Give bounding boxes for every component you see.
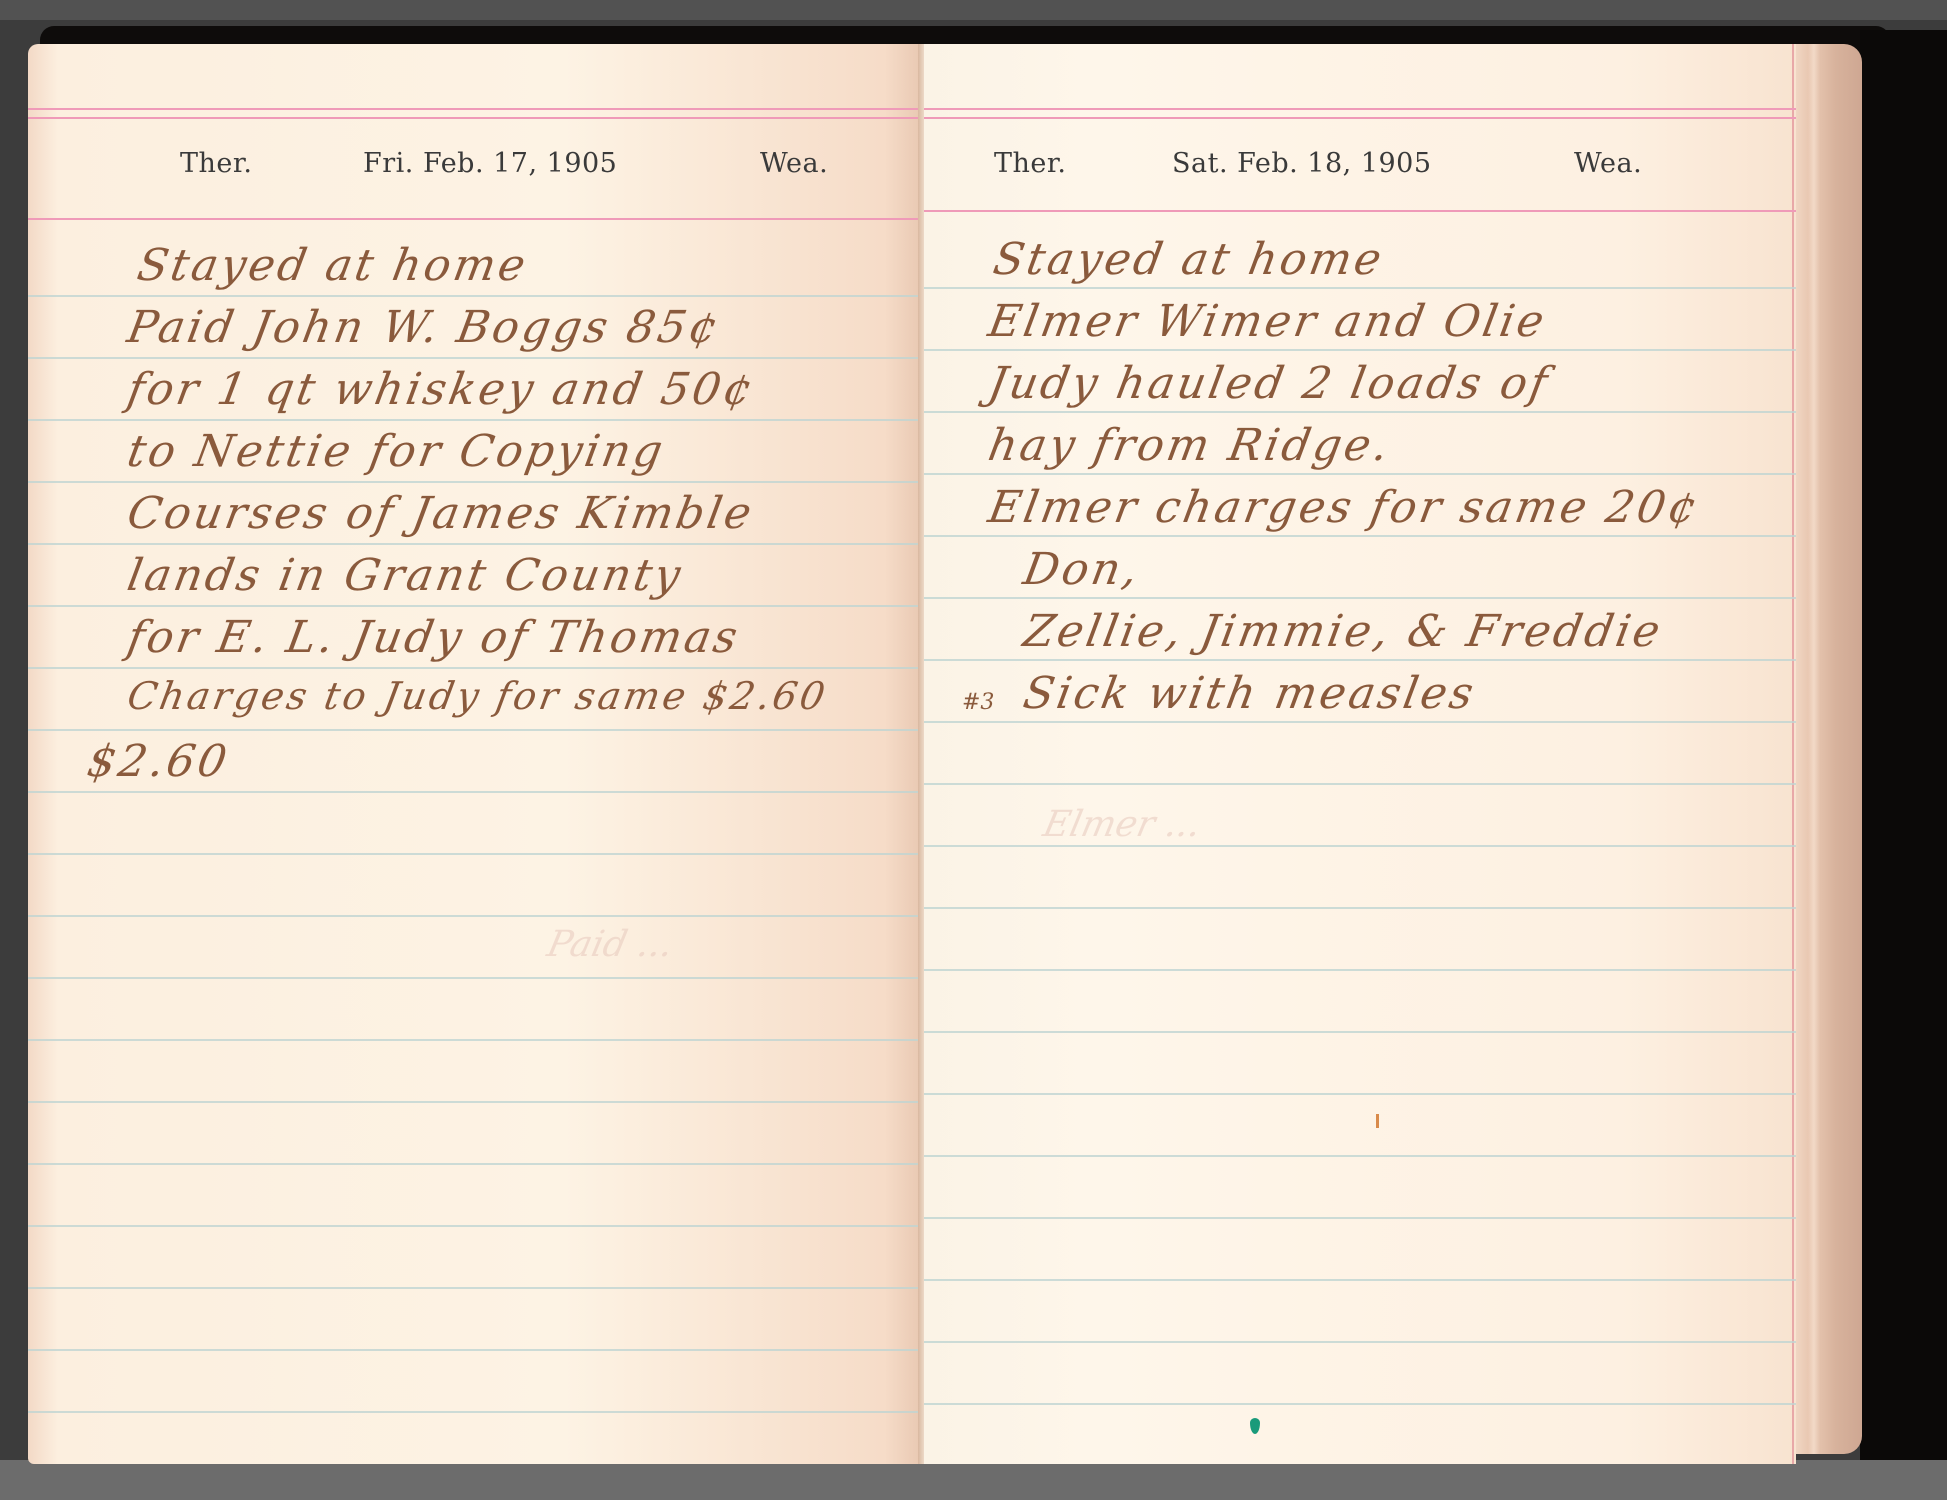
ruled-line [28,481,920,483]
ruled-line [28,605,920,607]
ruled-line [924,659,1796,661]
header-rule-top [924,108,1796,110]
handwritten-line-4: hay from Ridge. [985,420,1395,471]
ruled-line [924,473,1796,475]
handwritten-line-7: Zellie, Jimmie, & Freddie [1020,606,1667,657]
ruled-line [924,783,1796,785]
diary-page-left: Ther. Fri. Feb. 17, 1905 Wea. Paid ... S… [28,44,920,1464]
handwritten-line-6: Don, [1020,544,1145,595]
header-rule-top [28,108,920,110]
ruled-line [924,1217,1796,1219]
bleed-through-text: Paid ... [544,924,677,965]
ruled-line [28,543,920,545]
ruled-line [28,295,920,297]
ruled-line [28,1039,920,1041]
page-stack-edge [1796,44,1862,1454]
ruled-line [28,853,920,855]
handwritten-line-6: lands in Grant County [124,550,688,601]
ruled-line [924,287,1796,289]
handwritten-line-5: Elmer charges for same 20¢ [985,482,1704,533]
ruled-line [924,1341,1796,1343]
margin-mark: #3 [962,690,994,715]
handwritten-line-2: Paid John W. Boggs 85¢ [124,302,725,353]
ruled-line [924,1155,1796,1157]
header-rule-top-2 [28,117,920,119]
handwritten-line-8: Charges to Judy for same $2.60 [124,674,831,718]
ruled-line [924,907,1796,909]
handwritten-line-1: Stayed at home [134,240,533,291]
ruled-line [28,1411,920,1413]
bleed-through-text: Elmer ... [1040,804,1205,845]
ruled-line [28,915,920,917]
ruled-line [28,667,920,669]
ruled-line [924,597,1796,599]
ruled-line [28,1287,920,1289]
ruled-line [28,1349,920,1351]
weather-label: Wea. [760,148,828,179]
entry-date: Sat. Feb. 18, 1905 [1172,148,1432,179]
header-rule-bottom [28,218,920,220]
ruled-line [924,721,1796,723]
handwritten-line-3: Judy hauled 2 loads of [985,358,1554,409]
scanner-bed-bottom [0,1460,1947,1500]
thermometer-label: Ther. [994,148,1066,179]
handwritten-line-4: to Nettie for Copying [124,426,670,477]
ruled-line [28,791,920,793]
ruled-line [924,969,1796,971]
header-rule-bottom [924,210,1796,212]
handwritten-line-3: for 1 qt whiskey and 50¢ [124,364,760,415]
handwritten-line-5: Courses of James Kimble [124,488,759,539]
ruled-line [28,1101,920,1103]
ruled-line [28,1225,920,1227]
ruled-line [924,1403,1796,1405]
ruled-line [924,411,1796,413]
ruled-line [924,535,1796,537]
handwritten-amount: $2.60 [84,736,234,787]
ruled-line [924,1279,1796,1281]
handwritten-line-7: for E. L. Judy of Thomas [124,612,745,663]
ruled-line [28,419,920,421]
ruled-line [28,357,920,359]
ruled-line [28,1163,920,1165]
paper-speck [1376,1114,1379,1128]
header-rule-top-2 [924,117,1796,119]
ruled-line [924,1031,1796,1033]
ruled-line [28,729,920,731]
page-edge-rule [1792,44,1794,1464]
scanner-bed-top [0,0,1947,20]
ruled-line [924,1093,1796,1095]
handwritten-line-1: Stayed at home [990,234,1389,285]
handwritten-line-2: Elmer Wimer and Olie [985,296,1551,347]
entry-date: Fri. Feb. 17, 1905 [363,148,617,179]
thermometer-label: Ther. [180,148,252,179]
ruled-line [28,977,920,979]
diary-page-right: Ther. Sat. Feb. 18, 1905 Wea. Elmer ... … [924,44,1796,1464]
book-cover-edge [1860,30,1947,1470]
handwritten-line-8: Sick with measles [1020,668,1481,719]
ruled-line [924,349,1796,351]
weather-label: Wea. [1574,148,1642,179]
ruled-line [924,845,1796,847]
